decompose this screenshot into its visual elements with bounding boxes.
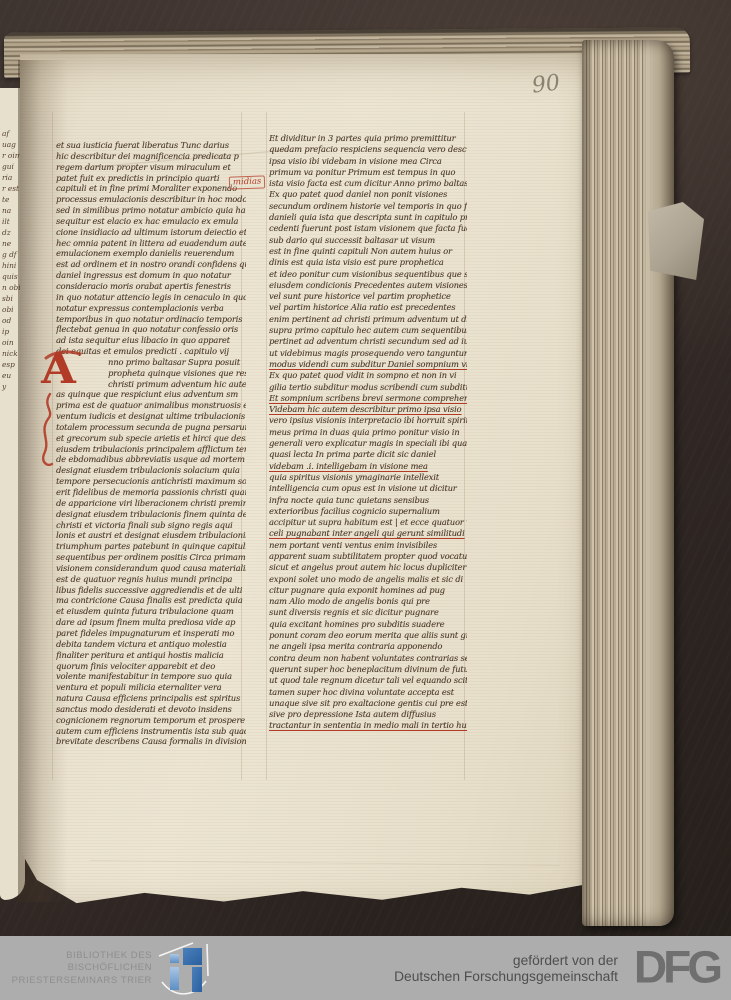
manuscript-line: Videbam hic autem describitur primo ipsa…	[269, 404, 467, 415]
dfg-credit-line: gefördert von der	[394, 953, 618, 969]
dfg-credit-line: Deutschen Forschungsgemeinschaft	[394, 969, 618, 985]
manuscript-line: vel partim historice Alia ratio est prec…	[269, 302, 467, 313]
manuscript-line: dare ad ipsum finem multa prediosa vide …	[56, 617, 246, 628]
manuscript-line: intelligencia cum opus est in visione ut…	[269, 483, 467, 494]
manuscript-line: tractantur in sententia in medio mali in…	[269, 720, 467, 731]
manuscript-line: regem darium propter visum miraculum et	[56, 162, 246, 173]
library-shield-logo-icon	[156, 938, 212, 1000]
manuscript-line: sequentibus per ordinem positis Circa pr…	[56, 552, 246, 563]
manuscript-line: pertinet ad adventum christi secundum se…	[269, 336, 467, 347]
manuscript-line: triumphum partes patebunt in quinque cap…	[56, 541, 246, 552]
manuscript-line: unaque sive sit pro exaltacione gentis c…	[269, 698, 467, 709]
manuscript-line: finaliter peritura et antiqui hostis mal…	[56, 650, 246, 661]
manuscript-line: est in fine quinti capituli Non autem hu…	[269, 246, 467, 257]
text-column-right: Et dividitur in 3 partes quia primo prem…	[269, 133, 467, 745]
manuscript-line: paret fideles impugnaturum et insperati …	[56, 628, 246, 639]
manuscript-photo: afuagr oimguiriar esttenailtdzneg dfhini…	[0, 0, 731, 1000]
manuscript-line: modus videndi cum subditur Daniel sompni…	[269, 359, 467, 370]
manuscript-line: notatur expressus contemplacionis verba	[56, 303, 246, 314]
manuscript-line: Et dividitur in 3 partes quia primo prem…	[269, 133, 467, 144]
library-credit: BIBLIOTHEK DES BISCHÖFLICHEN PRIESTERSEM…	[0, 950, 152, 987]
manuscript-line: nem portant venti ventus enim invisibile…	[269, 540, 467, 551]
manuscript-line: libus fidelis successive aggrediendis et…	[56, 585, 246, 596]
manuscript-line: supra primo capitulo hec autem cum seque…	[269, 325, 467, 336]
manuscript-line: primum va ponitur Primum est tempus in q…	[269, 167, 467, 178]
manuscript-line: nam Alio modo de angelis bonis qui pre	[269, 596, 467, 607]
manuscript-line: sub dario qui successit baltasar ut visu…	[269, 235, 467, 246]
manuscript-line: cione insidiacio ad ultimum istorum deie…	[56, 227, 246, 238]
manuscript-line: in quo notatur attencio legis in cenacul…	[56, 292, 246, 303]
manuscript-line: sunt diversis regnis et sic dicitur pugn…	[269, 607, 467, 618]
manuscript-line: quia spiritus visionis ymaginarie intell…	[269, 472, 467, 483]
manuscript-line: generali vero explicatur magis in specia…	[269, 438, 467, 449]
manuscript-line: flectebat genua in quo notatur confessio…	[56, 324, 246, 335]
manuscript-line: Ex quo patet quod daniel non ponit visio…	[269, 189, 467, 200]
library-credit-line: BIBLIOTHEK DES	[0, 950, 152, 962]
manuscript-line: sicut et angelus prout autem hic locus d…	[269, 562, 467, 573]
manuscript-line: ponunt coram deo eorum merita que aliis …	[269, 630, 467, 641]
manuscript-line: gilia tertio subditur modus scribendi cu…	[269, 382, 467, 393]
manuscript-line: eiusdem condicionis Precedentes autem vi…	[269, 280, 467, 291]
dfg-credit: gefördert von der Deutschen Forschungsge…	[394, 953, 618, 985]
manuscript-line: exterioribus facilius cognicio supernali…	[269, 506, 467, 517]
manuscript-line: hec omnia patent in littera ad euadendum…	[56, 238, 246, 249]
manuscript-line: vel sunt pure historice vel partim proph…	[269, 291, 467, 302]
manuscript-line: sed in similibus primo notatur ambicio q…	[56, 205, 246, 216]
manuscript-line: sanctus modo desiderati et devoto inside…	[56, 704, 246, 715]
manuscript-line: ad ista sequitur eius libacio in quo app…	[56, 335, 246, 346]
rubric-initial: A	[40, 348, 100, 478]
manuscript-line: est de quatuor regnis huius mundi princi…	[56, 574, 246, 585]
manuscript-line: daniel ingressus est domum in quo notatu…	[56, 270, 246, 281]
manuscript-line: et sua iusticia fuerat liberatus Tunc da…	[56, 140, 246, 151]
ruling-line-right-inner	[266, 112, 267, 780]
manuscript-line: patet fuit ex predictis in principio qua…	[56, 173, 246, 184]
marginal-gloss: midias	[229, 175, 266, 189]
fore-edge-tab	[648, 202, 704, 280]
manuscript-line: infra nocte quia tunc quietans sensibus	[269, 495, 467, 506]
library-credit-line: BISCHÖFLICHEN	[0, 962, 152, 974]
manuscript-line: secundum ordinem historie vel temporis i…	[269, 201, 467, 212]
manuscript-line: celi pugnabant inter angeli qui gerunt s…	[269, 528, 467, 539]
manuscript-line: ut quod tale regnum dicetur tali vel equ…	[269, 675, 467, 686]
manuscript-line: querunt super hoc beneplacitum divinum d…	[269, 664, 467, 675]
manuscript-line: ne angeli ipsa merita contraria apponend…	[269, 641, 467, 652]
manuscript-line: sequitur est elacio ex hac emulacio ex e…	[56, 216, 246, 227]
manuscript-line: ventura et populi milicia eternaliter ve…	[56, 682, 246, 693]
manuscript-line: vero ipsius visionis interpretacio ibi h…	[269, 415, 467, 426]
manuscript-line: contra deum non habent voluntates contra…	[269, 653, 467, 664]
manuscript-line: emulacionem exemplo danielis reuerendum	[56, 248, 246, 259]
manuscript-line: natura Causa efficiens principalis est s…	[56, 693, 246, 704]
manuscript-line: et ideo ponitur cum visionibus sequentib…	[269, 269, 467, 280]
manuscript-line: sive pro depressione Ista autem diffusiu…	[269, 709, 467, 720]
manuscript-line: exponi solet uno modo de angelis malis e…	[269, 574, 467, 585]
manuscript-line: meus prima in duas quia primo ponitur vi…	[269, 427, 467, 438]
manuscript-line: christi et victoria finali sub signo reg…	[56, 520, 246, 531]
manuscript-line: quia excitant homines pro subditis suade…	[269, 619, 467, 630]
manuscript-line: ma contricione Causa finalis est predict…	[56, 595, 246, 606]
manuscript-line: quasi lecta In prima parte dicit sic dan…	[269, 449, 467, 460]
book-fore-edge	[582, 40, 674, 926]
manuscript-line: cedenti fuerunt post istam visionem que …	[269, 223, 467, 234]
rubric-initial-letter: A	[41, 346, 75, 392]
manuscript-line: de apparicione viri liberacionem christi…	[56, 498, 246, 509]
manuscript-line: lonis et austri et designat eiusdem trib…	[56, 530, 246, 541]
manuscript-line: ista visio facta est cum dicitur Anno pr…	[269, 178, 467, 189]
manuscript-line: autem cum efficiens instrumentis ista su…	[56, 726, 246, 737]
manuscript-line: quedam prefacio respiciens sequencia ver…	[269, 144, 467, 155]
manuscript-line: et eiusdem quinta futura tribulacione qu…	[56, 606, 246, 617]
dfg-logo: DFG	[634, 941, 719, 994]
manuscript-line: citur pugnare quia exponit homines ad pu…	[269, 585, 467, 596]
manuscript-line: temporibus in quo notatur ordinacio temp…	[56, 314, 246, 325]
manuscript-line: Ex quo patet quod vidit in sompno et non…	[269, 370, 467, 381]
manuscript-line: brevitate describens Causa formalis in d…	[56, 736, 246, 747]
manuscript-line: enim pertinent ad christi primum adventu…	[269, 314, 467, 325]
credits-banner: BIBLIOTHEK DES BISCHÖFLICHEN PRIESTERSEM…	[0, 936, 731, 1000]
parchment-crease	[90, 852, 560, 875]
manuscript-line: tamen super hoc divina voluntate accepta…	[269, 687, 467, 698]
manuscript-line: accipitur ut supra habitum est | et ecce…	[269, 517, 467, 528]
manuscript-line: consideracio moris orabat apertis fenest…	[56, 281, 246, 292]
manuscript-line: ut videbimus magis prosequendo vero tang…	[269, 348, 467, 359]
manuscript-line: volente manifestabitur in tempore suo qu…	[56, 671, 246, 682]
manuscript-line: danieli quia ista que descripta sunt in …	[269, 212, 467, 223]
manuscript-line: ipsa visio ibi videbam in visione mea Ci…	[269, 156, 467, 167]
manuscript-line: capituli et in fine primi Moraliter expo…	[56, 183, 246, 194]
manuscript-line: apparent suam subtilitatem propter quod …	[269, 551, 467, 562]
manuscript-line: debita tandem victura et antiquo molesti…	[56, 639, 246, 650]
library-credit-line: PRIESTERSEMINARS TRIER	[0, 975, 152, 987]
manuscript-line: est ad ordinem et in nostro orandi confi…	[56, 259, 246, 270]
manuscript-line: designat eiusdem tribulacionis finem qui…	[56, 509, 246, 520]
manuscript-line: dinis est quia ista visio est pure proph…	[269, 257, 467, 268]
folio-number: 90	[531, 70, 562, 98]
manuscript-line: visionem considerandum quod causa materi…	[56, 563, 246, 574]
manuscript-line: Et sompnium scribens brevi sermone compr…	[269, 393, 467, 404]
manuscript-line: erit fidelibus de memoria passionis chri…	[56, 487, 246, 498]
manuscript-line: videbam .i. intelligebam in visione mea	[269, 461, 467, 472]
manuscript-line: cognicionem regnorum temporum et prosper…	[56, 715, 246, 726]
manuscript-line: hic describitur dei magnificencia predic…	[56, 151, 246, 162]
manuscript-line: quorum finis velociter apparebit et deo	[56, 661, 246, 672]
manuscript-line: processus emulacionis describitur in hoc…	[56, 194, 246, 205]
